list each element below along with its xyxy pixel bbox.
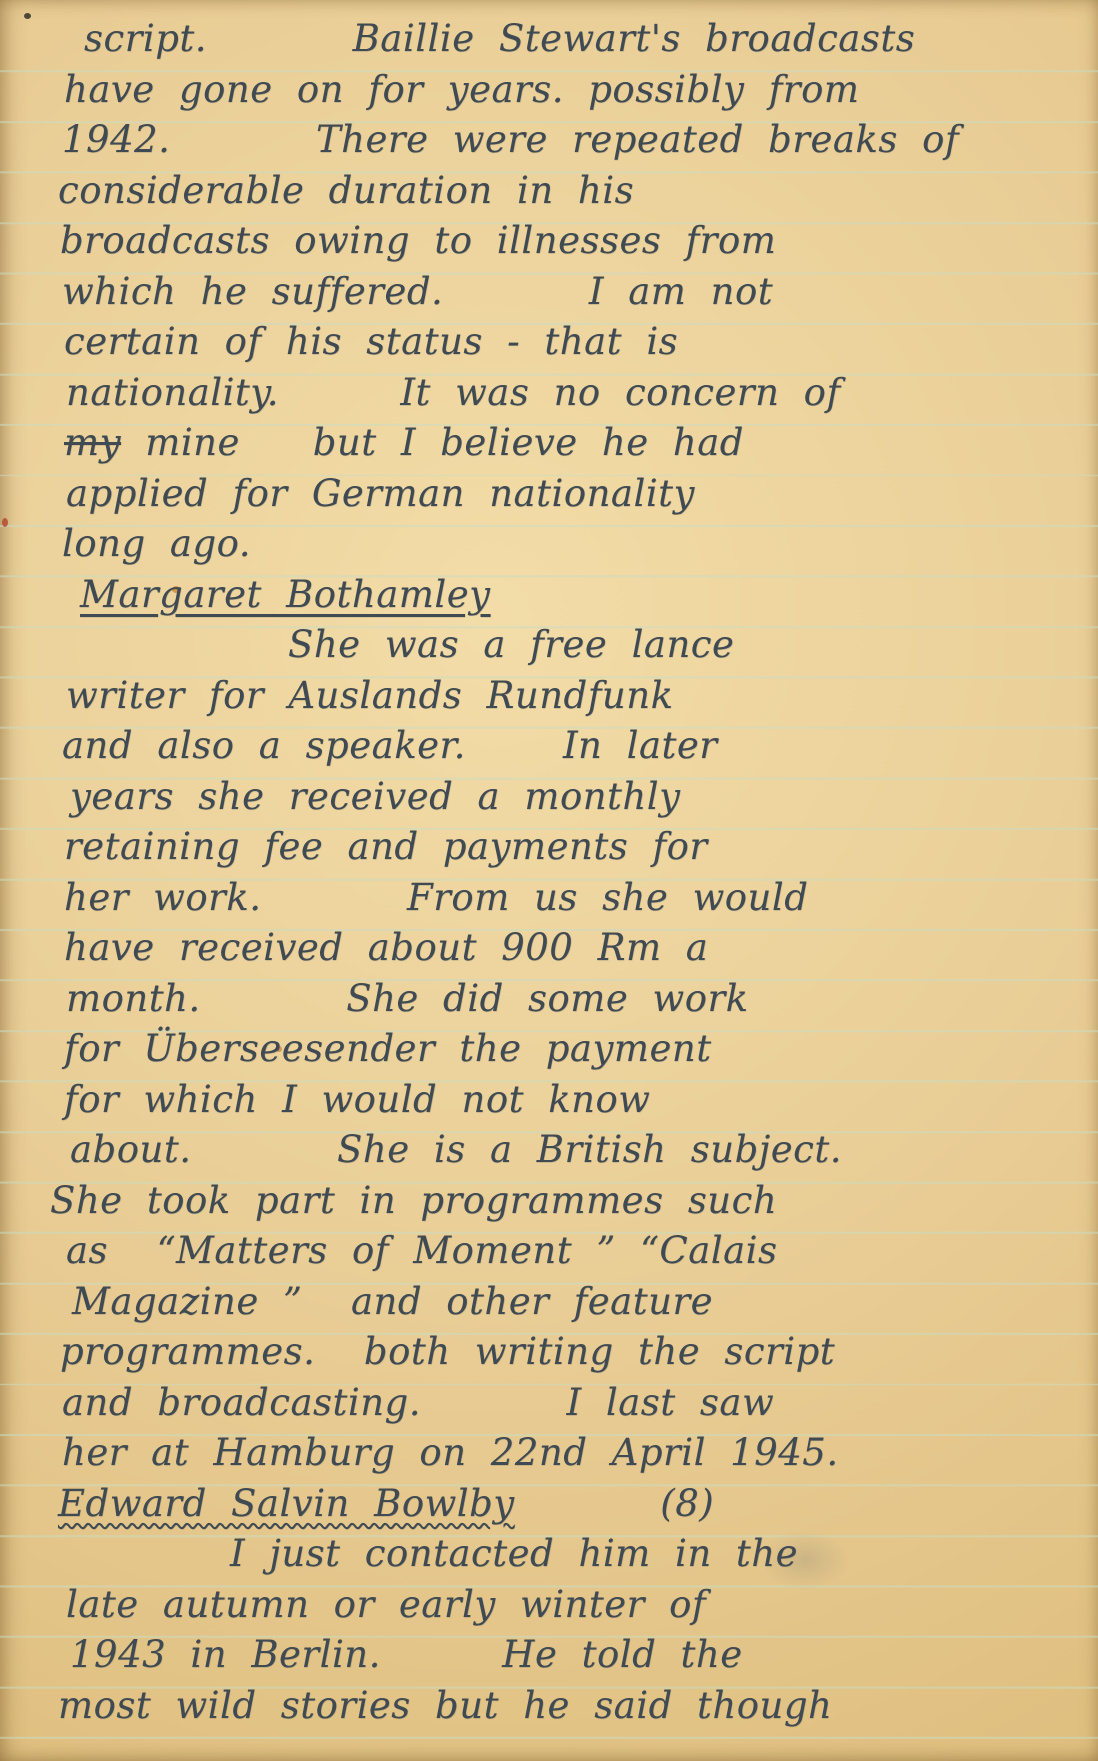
line-04: considerable duration in his [0, 166, 1098, 217]
line-03: 1942. There were repeated breaks of [0, 115, 1098, 166]
handwritten-text: I just contacted him in the [230, 1532, 798, 1575]
line-06: which he suffered. I am not [0, 267, 1098, 318]
handwritten-text: She was a free lance [288, 623, 734, 666]
handwritten-text: certain of his status - that is [64, 320, 678, 363]
handwritten-text: her at Hamburg on 22nd April 1945. [62, 1431, 839, 1474]
line-26: Magazine ” and other feature [0, 1277, 1098, 1328]
line-29: her at Hamburg on 22nd April 1945. [0, 1428, 1098, 1479]
handwritten-text: have gone on for years. possibly from [64, 68, 859, 111]
line-11: long ago. [0, 519, 1098, 570]
line-28: and broadcasting. I last saw [0, 1378, 1098, 1429]
line-10: applied for German nationality [0, 469, 1098, 520]
handwritten-text: 1943 in Berlin. He told the [70, 1633, 743, 1676]
line-31: I just contacted him in the [0, 1529, 1098, 1580]
line-19: have received about 900 Rm a [0, 923, 1098, 974]
line-18: her work. From us she would [0, 873, 1098, 924]
line-21: for Überseesender the payment [0, 1024, 1098, 1075]
handwritten-text: (8) [515, 1482, 714, 1525]
handwritten-text: Margaret Bothamley [80, 573, 491, 616]
line-22: for which I would not know [0, 1075, 1098, 1126]
handwritten-text: month. She did some work [66, 977, 749, 1020]
line-09: my mine but I believe he had [0, 418, 1098, 469]
heading-margaret-bothamley: Margaret Bothamley [0, 570, 1098, 621]
handwritten-text: applied for German nationality [66, 472, 695, 515]
line-32: late autumn or early winter of [0, 1580, 1098, 1631]
line-27: programmes. both writing the script [0, 1327, 1098, 1378]
line-13: She was a free lance [0, 620, 1098, 671]
handwritten-text: nationality. It was no concern of [66, 371, 841, 414]
heading-edward-salvin-bowlby: Edward Salvin Bowlby (8) [0, 1479, 1098, 1530]
handwritten-text: script. Baillie Stewart's broadcasts [84, 17, 915, 60]
handwritten-text: writer for Auslands Rundfunk [66, 674, 674, 717]
handwritten-text: broadcasts owing to illnesses from [60, 219, 776, 262]
line-20: month. She did some work [0, 974, 1098, 1025]
line-23: about. She is a British subject. [0, 1125, 1098, 1176]
handwriting-text-block: script. Baillie Stewart's broadcastshave… [0, 14, 1098, 1731]
line-08: nationality. It was no concern of [0, 368, 1098, 419]
handwritten-text: considerable duration in his [58, 169, 634, 212]
manuscript-page: script. Baillie Stewart's broadcastshave… [0, 0, 1098, 1761]
handwritten-text: Edward Salvin Bowlby [58, 1482, 515, 1525]
handwritten-text: She took part in programmes such [50, 1179, 777, 1222]
handwritten-text: her work. From us she would [64, 876, 808, 919]
handwritten-text: 1942. There were repeated breaks of [62, 118, 959, 161]
handwritten-text: for Überseesender the payment [64, 1027, 712, 1070]
handwritten-text: which he suffered. I am not [62, 270, 773, 313]
struck-word: my [64, 421, 121, 464]
handwritten-text: and broadcasting. I last saw [62, 1381, 774, 1424]
line-01: script. Baillie Stewart's broadcasts [0, 14, 1098, 65]
handwritten-text: Magazine ” and other feature [72, 1280, 713, 1323]
line-33: 1943 in Berlin. He told the [0, 1630, 1098, 1681]
handwritten-text: retaining fee and payments for [64, 825, 708, 868]
handwritten-text: for which I would not know [64, 1078, 650, 1121]
handwritten-text: about. She is a British subject. [70, 1128, 842, 1171]
line-17: retaining fee and payments for [0, 822, 1098, 873]
line-05: broadcasts owing to illnesses from [0, 216, 1098, 267]
line-14: writer for Auslands Rundfunk [0, 671, 1098, 722]
handwritten-text: have received about 900 Rm a [64, 926, 708, 969]
handwritten-text: as “Matters of Moment ” “Calais [66, 1229, 778, 1272]
handwritten-text: and also a speaker. In later [62, 724, 718, 767]
handwritten-text: late autumn or early winter of [66, 1583, 706, 1626]
line-07: certain of his status - that is [0, 317, 1098, 368]
handwritten-text: most wild stories but he said though [58, 1684, 832, 1727]
line-16: years she received a monthly [0, 772, 1098, 823]
handwritten-text: mine but I believe he had [121, 421, 744, 464]
line-15: and also a speaker. In later [0, 721, 1098, 772]
line-02: have gone on for years. possibly from [0, 65, 1098, 116]
line-24: She took part in programmes such [0, 1176, 1098, 1227]
handwritten-text: long ago. [62, 522, 251, 565]
handwritten-text: programmes. both writing the script [60, 1330, 835, 1373]
handwritten-text: years she received a monthly [70, 775, 681, 818]
line-34: most wild stories but he said though [0, 1681, 1098, 1732]
line-25: as “Matters of Moment ” “Calais [0, 1226, 1098, 1277]
